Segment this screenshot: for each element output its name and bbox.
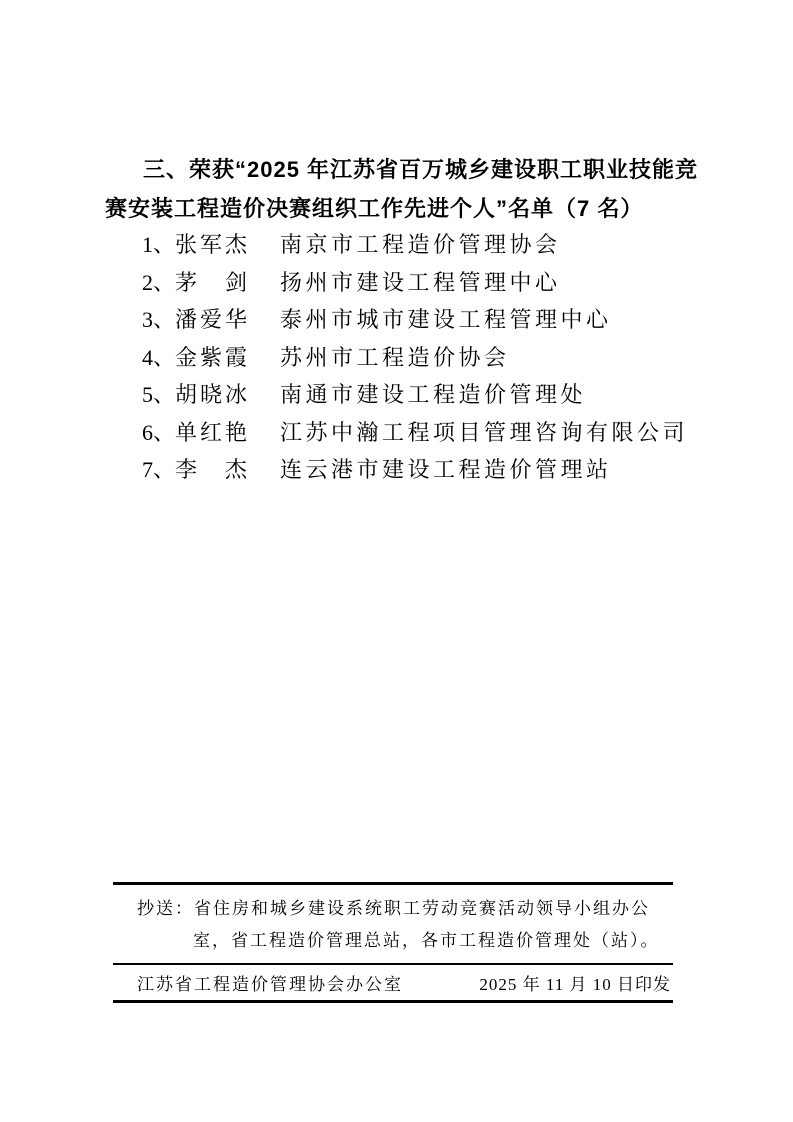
print-date: 2025 年 11 月 10 日印发 bbox=[479, 970, 671, 995]
document-page: 三、荣获“2025 年江苏省百万城乡建设职工职业技能竞赛安装工程造价决赛组织工作… bbox=[0, 0, 793, 1122]
winner-org: 苏州市工程造价协会 bbox=[280, 341, 510, 372]
winner-org: 泰州市城市建设工程管理中心 bbox=[280, 303, 612, 334]
winner-row: 5、 胡晓冰 南通市建设工程造价管理处 bbox=[142, 375, 702, 413]
cc-text: 室，省工程造价管理总站，各市工程造价管理处（站）。 bbox=[193, 931, 660, 950]
winner-number: 5、 bbox=[142, 378, 175, 409]
document-footer: 抄送：省住房和城乡建设系统职工劳动竞赛活动领导小组办公 室，省工程造价管理总站，… bbox=[113, 882, 673, 1003]
winner-row: 2、 茅 剑 扬州市建设工程管理中心 bbox=[142, 263, 702, 301]
winner-row: 4、 金紫霞 苏州市工程造价协会 bbox=[142, 338, 702, 376]
winner-row: 1、 张军杰 南京市工程造价管理协会 bbox=[142, 225, 702, 263]
winner-org: 扬州市建设工程管理中心 bbox=[280, 266, 561, 297]
winner-number: 6、 bbox=[142, 416, 175, 447]
cc-block: 抄送：省住房和城乡建设系统职工劳动竞赛活动领导小组办公 室，省工程造价管理总站，… bbox=[113, 885, 673, 963]
winner-name: 茅 剑 bbox=[175, 266, 280, 297]
winner-row: 7、 李 杰 连云港市建设工程造价管理站 bbox=[142, 450, 702, 488]
cc-text: 省住房和城乡建设系统职工劳动竞赛活动领导小组办公 bbox=[194, 899, 650, 918]
winner-name: 胡晓冰 bbox=[175, 378, 280, 409]
winner-row: 3、 潘爱华 泰州市城市建设工程管理中心 bbox=[142, 300, 702, 338]
cc-label: 抄送： bbox=[137, 899, 194, 918]
winner-name: 单红艳 bbox=[175, 416, 280, 447]
winner-name: 金紫霞 bbox=[175, 341, 280, 372]
winner-name: 张军杰 bbox=[175, 228, 280, 259]
winner-list: 1、 张军杰 南京市工程造价管理协会 2、 茅 剑 扬州市建设工程管理中心 3、… bbox=[142, 225, 702, 488]
winner-name: 潘爱华 bbox=[175, 303, 280, 334]
issuer-row: 江苏省工程造价管理协会办公室 2025 年 11 月 10 日印发 bbox=[113, 963, 673, 1003]
winner-name: 李 杰 bbox=[175, 453, 280, 484]
winner-number: 3、 bbox=[142, 303, 175, 334]
winner-number: 2、 bbox=[142, 266, 175, 297]
issuer-name: 江苏省工程造价管理协会办公室 bbox=[137, 970, 403, 995]
winner-number: 4、 bbox=[142, 341, 175, 372]
document-title: 三、荣获“2025 年江苏省百万城乡建设职工职业技能竞赛安装工程造价决赛组织工作… bbox=[105, 150, 701, 228]
winner-org: 南通市建设工程造价管理处 bbox=[280, 378, 586, 409]
winner-org: 南京市工程造价管理协会 bbox=[280, 228, 561, 259]
winner-number: 7、 bbox=[142, 453, 175, 484]
winner-org: 连云港市建设工程造价管理站 bbox=[280, 453, 612, 484]
winner-row: 6、 单红艳 江苏中瀚工程项目管理咨询有限公司 bbox=[142, 413, 702, 451]
cc-line: 室，省工程造价管理总站，各市工程造价管理处（站）。 bbox=[113, 925, 673, 957]
winner-org: 江苏中瀚工程项目管理咨询有限公司 bbox=[280, 416, 688, 447]
winner-number: 1、 bbox=[142, 228, 175, 259]
cc-line: 抄送：省住房和城乡建设系统职工劳动竞赛活动领导小组办公 bbox=[113, 893, 673, 925]
